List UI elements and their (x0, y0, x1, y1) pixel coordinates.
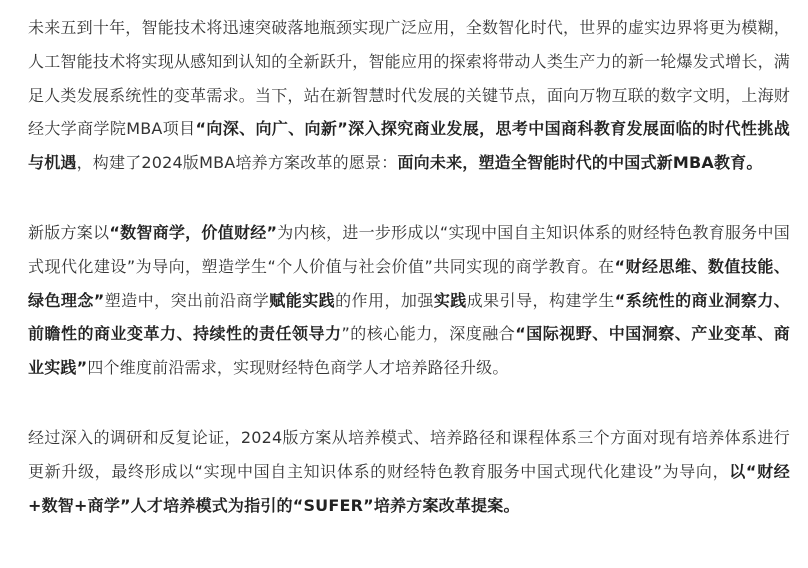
text-segment: ，构建了2024版MBA培养方案改革的愿景： (77, 153, 398, 172)
text-segment: 的作用，加强 (335, 291, 434, 310)
text-segment: 塑造中，突出前沿商学 (105, 291, 270, 310)
paragraph-sufer-proposal: 经过深入的调研和反复论证，2024版方案从培养模式、培养路径和课程体系三个方面对… (28, 421, 790, 522)
bold-segment: 实践 (434, 291, 467, 310)
bold-segment: “数智商学，价值财经” (109, 223, 277, 242)
text-segment: 新版方案以 (28, 223, 109, 242)
bold-segment: 赋能实践 (269, 291, 335, 310)
paragraph-vision: 未来五到十年，智能技术将迅速突破落地瓶颈实现广泛应用，全数智化时代，世界的虚实边… (28, 11, 790, 180)
text-segment: 四个维度前沿需求，实现财经特色商学人才培养路径升级。 (87, 358, 508, 377)
article-body: 未来五到十年，智能技术将迅速突破落地瓶颈实现广泛应用，全数智化时代，世界的虚实边… (0, 0, 808, 522)
text-segment: 经过深入的调研和反复论证，2024版方案从培养模式、培养路径和课程体系三个方面对… (28, 428, 790, 481)
text-segment: 成果引导，构建学生 (467, 291, 615, 310)
text-segment: ”的核心能力，深度融合 (342, 324, 516, 343)
bold-segment: 面向未来，塑造全智能时代的中国式新MBA教育。 (397, 153, 762, 172)
paragraph-core-plan: 新版方案以“数智商学，价值财经”为内核，进一步形成以“实现中国自主知识体系的财经… (28, 216, 790, 385)
